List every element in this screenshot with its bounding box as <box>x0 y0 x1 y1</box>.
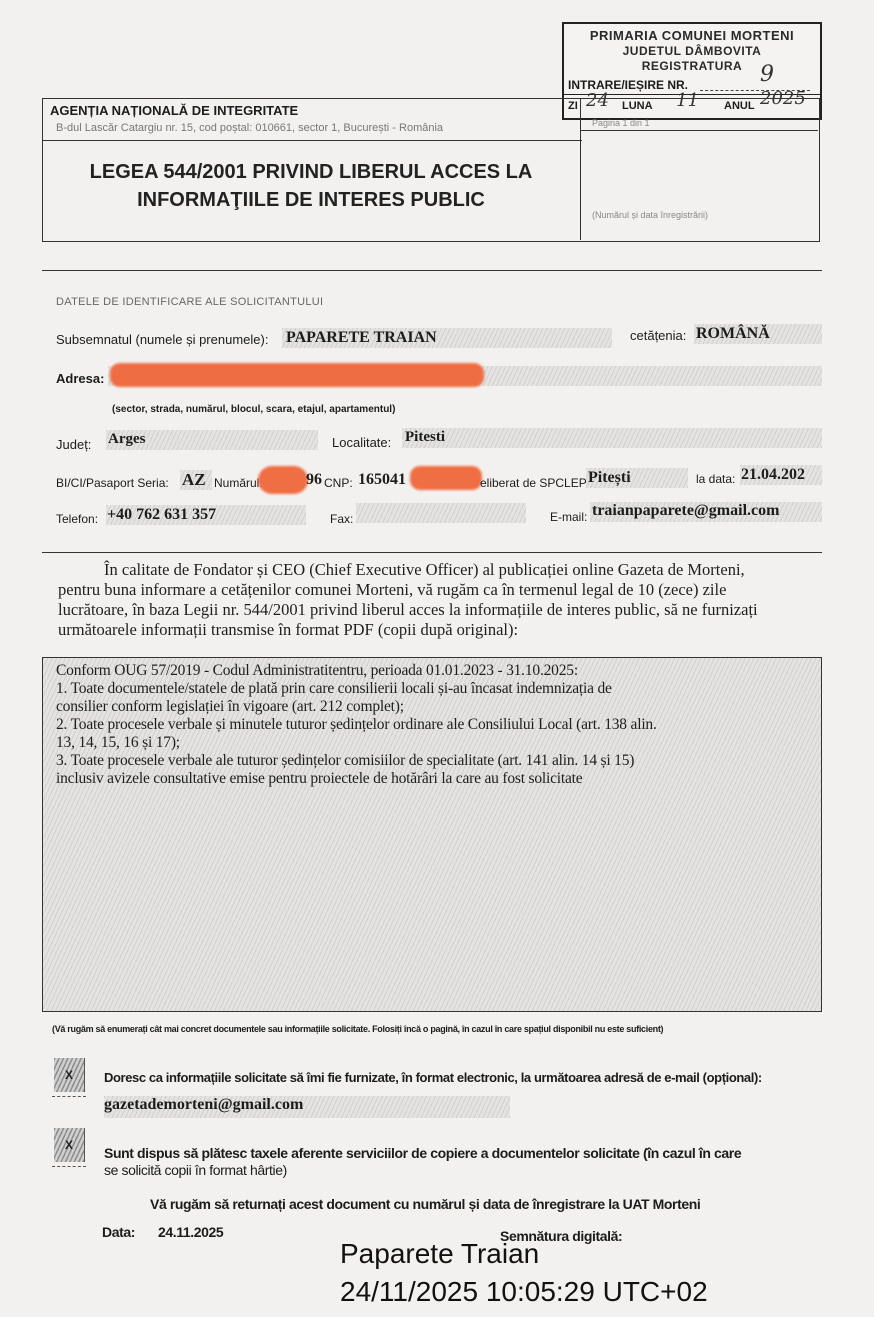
name-label: Subsemnatul (numele și prenumele): <box>56 332 268 347</box>
copy-fees-label-line1: Sunt dispus să plătesc taxele aferente s… <box>104 1145 741 1161</box>
digital-signature-name: Paparete Traian <box>340 1238 539 1270</box>
form-title-line2: INFORMAŢIILE DE INTERES PUBLIC <box>42 186 580 214</box>
id-number-redaction <box>258 466 308 494</box>
checkbox-underline <box>52 1096 86 1097</box>
request-line: 3. Toate procesele verbale ale tuturor ș… <box>56 752 816 770</box>
form-title: LEGEA 544/2001 PRIVIND LIBERUL ACCES LA … <box>42 158 580 214</box>
id-series-value: AZ <box>182 470 206 490</box>
request-line: inclusiv avizele consultative emise pent… <box>56 770 816 788</box>
checkbox-underline <box>52 1166 86 1167</box>
cnp-redaction <box>410 466 482 490</box>
date-label: Data: <box>102 1224 135 1240</box>
cnp-label: CNP: <box>324 476 353 490</box>
stamp-institution: PRIMARIA COMUNEI MORTENI <box>564 28 820 43</box>
citizenship-value: ROMÂNĂ <box>696 325 770 343</box>
requested-info-text: Conform OUG 57/2019 - Codul Administrati… <box>56 662 816 788</box>
email-label: E-mail: <box>550 510 587 524</box>
citizenship-label: cetățenia: <box>630 328 686 343</box>
address-hint: (sector, strada, numărul, blocul, scara,… <box>112 404 395 415</box>
locality-label: Localitate: <box>332 435 391 450</box>
agency-name: AGENȚIA NAȚIONALĂ DE INTEGRITATE <box>50 103 298 118</box>
intro-line: următoarele informații transmise în form… <box>58 620 823 640</box>
locality-field[interactable] <box>402 428 822 448</box>
id-series-label: BI/CI/Pasaport Seria: <box>56 476 169 490</box>
id-number-label: Numărul: <box>214 476 263 490</box>
phone-label: Telefon: <box>56 512 98 526</box>
address-redaction <box>110 363 484 387</box>
delivery-email-value: gazetademorteni@gmail.com <box>104 1096 303 1114</box>
locality-value: Pitesti <box>405 429 445 446</box>
phone-value: +40 762 631 357 <box>107 506 216 524</box>
return-note: Vă rugăm să returnați acest document cu … <box>150 1196 700 1212</box>
issue-date-label: la data: <box>696 472 735 486</box>
registration-caption: (Numărul și data înregistrării) <box>592 210 708 220</box>
stamp-reg-number: 9 <box>760 62 774 87</box>
intro-line: În calitate de Fondator și CEO (Chief Ex… <box>58 560 823 580</box>
request-line: 2. Toate procesele verbale și minutele t… <box>56 716 816 734</box>
issued-by-label: eliberat de SPCLEP: <box>480 476 590 490</box>
electronic-delivery-checkbox[interactable]: X <box>54 1058 85 1092</box>
header-rule <box>42 140 582 141</box>
address-label: Adresa: <box>56 371 104 386</box>
name-value: PAPARETE TRAIAN <box>286 329 437 347</box>
request-line: 1. Toate documentele/statele de plată pr… <box>56 680 816 698</box>
issue-date-value: 21.04.202 <box>741 466 805 484</box>
intro-line: pentru buna informare a cetățenilor comu… <box>58 580 823 600</box>
section-title: DATELE DE IDENTIFICARE ALE SOLICITANTULU… <box>56 296 323 308</box>
section-divider-2 <box>42 552 822 553</box>
request-line: consilier conform legislației în vigoare… <box>56 698 816 716</box>
email-value: traianpaparete@gmail.com <box>592 502 779 520</box>
stamp-registry: REGISTRATURA <box>564 59 820 73</box>
request-hint: (Vă rugăm să enumerați cât mai concret d… <box>52 1024 663 1034</box>
id-number-visible: 96 <box>306 471 322 489</box>
page-indicator: Pagina 1 din 1 <box>592 118 650 128</box>
electronic-delivery-label: Doresc ca informațiile solicitate să îmi… <box>104 1070 762 1085</box>
stamp-county: JUDETUL DÂMBOVITA <box>564 44 820 58</box>
section-divider <box>42 270 822 271</box>
header-right-rule <box>580 130 818 131</box>
copy-fees-label-line2: se solicită copii în format hârtie) <box>104 1162 287 1178</box>
county-value: Arges <box>108 431 146 448</box>
fax-field[interactable] <box>356 503 526 523</box>
request-line: Conform OUG 57/2019 - Codul Administrati… <box>56 662 816 680</box>
fax-label: Fax: <box>330 512 353 526</box>
intro-line: lucrătoare, în baza Legii nr. 544/2001 p… <box>58 600 823 620</box>
cnp-visible: 165041 <box>358 471 406 489</box>
copy-fees-checkbox[interactable]: X <box>54 1128 85 1162</box>
county-label: Județ: <box>56 437 91 452</box>
date-value: 24.11.2025 <box>158 1224 223 1240</box>
issued-by-value: Pitești <box>588 469 631 487</box>
header-divider <box>580 98 581 240</box>
agency-address: B-dul Lascăr Catargiu nr. 15, cod poștal… <box>56 122 443 134</box>
digital-signature-timestamp: 24/11/2025 10:05:29 UTC+02 <box>340 1276 708 1308</box>
form-title-line1: LEGEA 544/2001 PRIVIND LIBERUL ACCES LA <box>42 158 580 186</box>
request-line: 13, 14, 15, 16 și 17); <box>56 734 816 752</box>
request-intro: În calitate de Fondator și CEO (Chief Ex… <box>58 560 823 640</box>
